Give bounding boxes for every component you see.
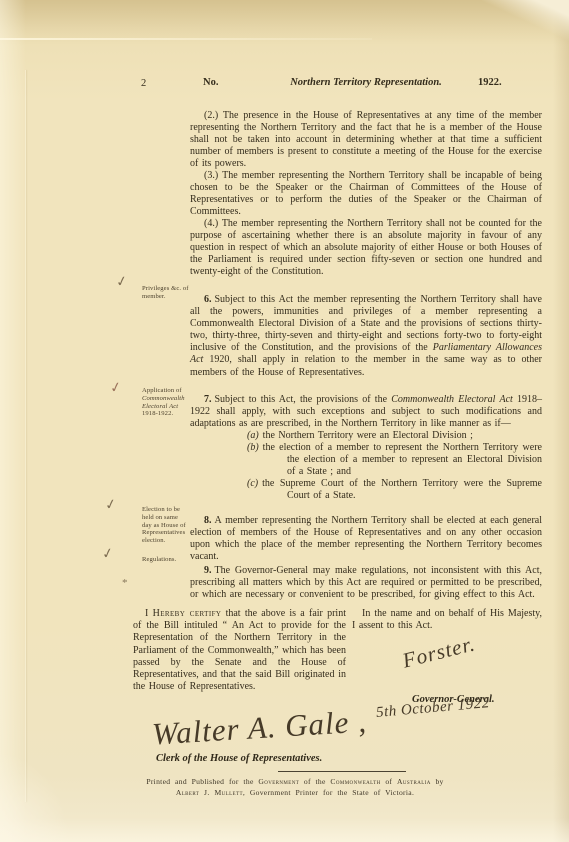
paper-left-edge [0,0,26,842]
assent-date-handwritten: 5th October 1922 [375,695,490,722]
margin-note-regulations: Regulations. [142,556,189,564]
paragraph-a-letter: (a) [247,430,259,441]
imprint-australia: Australia [397,777,431,786]
pencil-mark: * [122,577,128,589]
imprint-line-2: Albert J. Mullett, Government Printer fo… [85,787,505,798]
section-7-text: Subject to this Act, the provisions of t… [215,394,392,405]
page-corner-bottom-left [0,752,70,842]
check-mark: ✓ [100,545,115,563]
section-9-number: 9. [204,565,212,576]
clerk-title: Clerk of the House of Representatives. [156,753,322,764]
section-8-text: A member representing the Northern Terri… [190,515,542,562]
paragraph-c-text: the Supreme Court of the Northern Territ… [262,478,542,501]
paragraph-b-letter: (b) [247,442,259,453]
section-7: 7.Subject to this Act, the provisions of… [190,394,542,430]
paper-left-crease [25,70,26,802]
paragraph-c: (c)the Supreme Court of the Northern Ter… [247,478,542,502]
paper-right-edge [553,0,569,842]
paragraph-b-text: the election of a member to represent th… [263,442,542,477]
imprint-commonwealth: Commonwealth [330,777,380,786]
section-7-paragraphs: (a)the Northern Territory were an Electo… [190,430,542,502]
governor-general-signature: Forster. [400,631,478,673]
scanned-act-page: 2 No. Northern Territory Representation.… [0,0,569,842]
subsection-4: (4.) The member representing the Norther… [190,218,542,278]
paragraph-a-text: the Northern Territory were an Electoral… [263,430,473,441]
paragraph-c-letter: (c) [247,478,258,489]
imprint-text: by [431,777,444,786]
section-8-number: 8. [204,515,212,526]
clerk-signature: Walter A. Gale , [151,703,368,752]
margin-note-years: 1918-1922. [142,410,173,417]
imprint-rule [278,771,406,772]
subsection-2: (2.) The presence in the House of Repres… [190,110,542,170]
margin-note-privileges: Privileges &c. of member. [142,285,189,301]
imprint-text: of [381,777,397,786]
imprint-line-1: Printed and Published for the Government… [85,776,505,787]
section-6-text-end: 1920, shall apply in relation to the mem… [190,354,542,377]
section-8: 8.A member representing the Northern Ter… [190,515,542,563]
section-6: 6.Subject to this Act the member represe… [190,294,542,379]
royal-assent-statement: In the name and on behalf of His Majesty… [352,608,542,632]
page-header: 2 No. Northern Territory Representation.… [0,77,569,93]
paragraph-b: (b)the election of a member to represent… [247,442,542,478]
section-9: 9.The Governor-General may make regulati… [190,565,542,601]
imprint-printer-name: Albert J. Mullett [176,788,243,797]
check-mark: ✓ [103,496,118,514]
certify-body: that the above is a fair print of the Bi… [133,608,346,692]
electoral-act-reference: Commonwealth Electoral Act [142,395,185,410]
section-9-text: The Governor-General may make regulation… [190,565,542,600]
header-year: 1922. [478,77,502,88]
margin-note-electoral-act: Application of Commonwealth Electoral Ac… [142,387,189,418]
section-6-number: 6. [204,294,212,305]
page-corner-fold [451,0,569,44]
paper-bottom-edge [0,818,569,842]
check-mark: ✓ [108,379,123,397]
section-7-number: 7. [204,394,212,405]
check-mark: ✓ [114,273,129,291]
margin-note-text: Application of [142,387,182,394]
paragraph-a: (a)the Northern Territory were an Electo… [247,430,542,442]
page-number: 2 [141,78,146,89]
certify-intro: I [145,608,153,619]
paper-crease [0,38,372,40]
subsection-3: (3.) The member representing the Norther… [190,170,542,218]
commonwealth-electoral-act-reference: Commonwealth Electoral Act [391,394,513,405]
imprint-text: , Government Printer for the State of Vi… [243,788,414,797]
imprint-text: of the [299,777,330,786]
hereby-certify-smallcaps: Hereby certify [153,608,222,619]
clerk-certification: I Hereby certify that the above is a fai… [133,608,346,693]
margin-note-election-day: Election to be held on same day as House… [142,506,189,545]
imprint-government: Government [258,777,299,786]
imprint-text: Printed and Published for the [146,777,258,786]
